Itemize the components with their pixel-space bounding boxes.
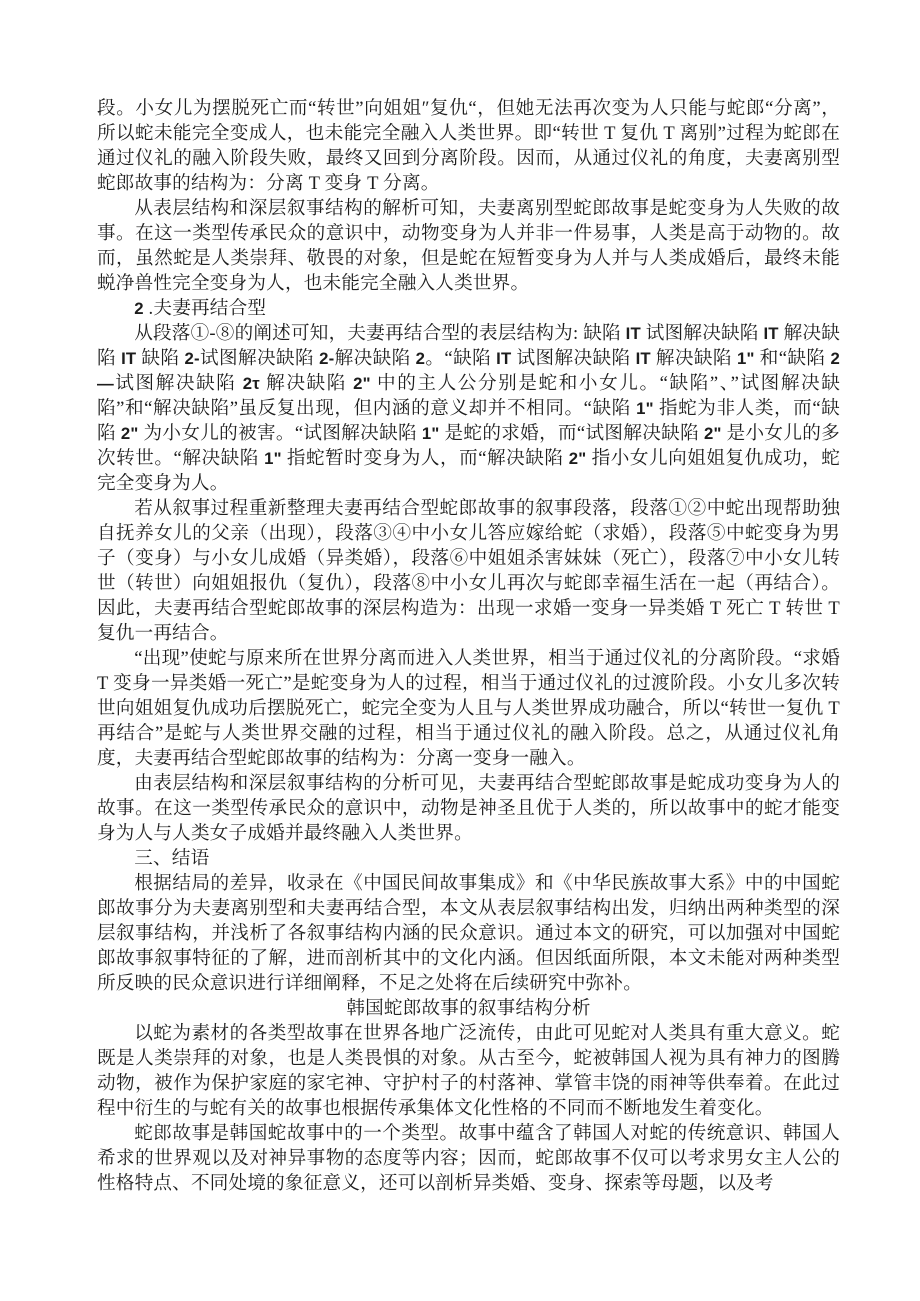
text-run: 若从叙事过程重新整理夫妻再结合型蛇郎故事的叙事段落，段落①②中蛇出现帮助独自抚养…	[97, 498, 840, 644]
bold-token: IT	[121, 349, 136, 368]
heading-section-2-reunion-type: 2 .夫妻再结合型	[97, 296, 840, 321]
para-rite-of-passage-analysis: “出现”使蛇与原来所在世界分离而进入人类世界，相当于通过仪礼的分离阶段。“求婚 …	[97, 646, 840, 771]
bold-token: IT	[763, 324, 778, 343]
text-run: 段。小女儿为摆脱死亡而“转世”向姐姐″复仇“，但她无法再次变为人只能与蛇郎“分离…	[97, 98, 840, 194]
text-run: 试图解决缺陷	[511, 348, 635, 369]
bold-token: 2-	[319, 349, 334, 368]
text-run: 解决缺陷	[260, 373, 353, 394]
text-run: 为小女儿的被害。“试图解决缺陷	[139, 423, 422, 444]
text-run: 由表层结构和深层叙事结构的分析可见，夫妻再结合型蛇郎故事是蛇成功变身为人的故事。…	[97, 773, 840, 844]
bold-token: 1"	[737, 349, 755, 368]
text-run: 指蛇暂时变身为人，而“解决缺陷	[282, 448, 569, 469]
text-run: 试图解决缺陷	[641, 323, 764, 344]
bold-token: 2"	[569, 449, 587, 468]
text-run: 从表层结构和深层叙事结构的解析可知，夫妻离别型蛇郎故事是蛇变身为人失败的故事。在…	[97, 198, 840, 294]
bold-token: 2"	[353, 374, 371, 393]
heading-section-3-conclusion: 三、结语	[97, 846, 840, 871]
text-run: 和“缺陷	[755, 348, 831, 369]
text-run: 以蛇为素材的各类型故事在世界各地广泛流传，由此可见蛇对人类具有重大意义。蛇既是人…	[97, 1023, 840, 1119]
bold-token: 1"	[264, 449, 282, 468]
bold-token: IT	[496, 349, 511, 368]
bold-token: 1"	[422, 424, 440, 443]
para-conclusion: 根据结局的差异，收录在《中国民间故事集成》和《中华民族故事大系》中的中国蛇郎故事…	[97, 871, 840, 996]
bold-token: IT	[636, 349, 651, 368]
bold-token: 2"	[121, 424, 139, 443]
text-run: 从段落①-⑧的阐述可知，夫妻再结合型的表层结构为: 缺陷	[134, 323, 625, 344]
para-reunion-surface-structure: 从段落①-⑧的阐述可知，夫妻再结合型的表层结构为: 缺陷 IT 试图解决缺陷 I…	[97, 321, 840, 496]
text-run: 解决缺陷	[651, 348, 737, 369]
text-run: 试图解决缺陷	[114, 373, 243, 394]
para-continuation-spouse-separation: 段。小女儿为摆脱死亡而“转世”向姐姐″复仇“，但她无法再次变为人只能与蛇郎“分离…	[97, 96, 840, 196]
text-run: 韩国蛇郎故事的叙事结构分析	[346, 998, 590, 1019]
para-korean-snake-worship-intro: 以蛇为素材的各类型故事在世界各地广泛流传，由此可见蛇对人类具有重大意义。蛇既是人…	[97, 1021, 840, 1121]
text-run: “出现”使蛇与原来所在世界分离而进入人类世界，相当于通过仪礼的分离阶段。“求婚 …	[97, 648, 840, 769]
para-korean-snake-groom-type: 蛇郎故事是韩国蛇故事中的一个类型。故事中蕴含了韩国人对蛇的传统意识、韩国人希求的…	[97, 1121, 840, 1196]
text-run: 根据结局的差异，收录在《中国民间故事集成》和《中华民族故事大系》中的中国蛇郎故事…	[97, 873, 840, 994]
bold-token: 1"	[636, 399, 654, 418]
para-separation-type-summary: 从表层结构和深层叙事结构的解析可知，夫妻离别型蛇郎故事是蛇变身为人失败的故事。在…	[97, 196, 840, 296]
bold-token: IT	[626, 324, 641, 343]
bold-token: 2τ	[243, 374, 260, 393]
text-run: 试图解决缺陷	[200, 348, 319, 369]
bold-token: 2	[134, 299, 144, 318]
heading-korean-snake-groom-title: 韩国蛇郎故事的叙事结构分析	[97, 996, 840, 1021]
text-run: .夫妻再结合型	[144, 298, 266, 319]
text-run: 蛇郎故事是韩国蛇故事中的一个类型。故事中蕴含了韩国人对蛇的传统意识、韩国人希求的…	[97, 1123, 840, 1194]
document-page: 段。小女儿为摆脱死亡而“转世”向姐姐″复仇“，但她无法再次变为人只能与蛇郎“分离…	[97, 96, 840, 1196]
text-run: 。“缺陷	[425, 348, 496, 369]
text-run: 三、结语	[134, 848, 209, 869]
para-reunion-deep-structure: 若从叙事过程重新整理夫妻再结合型蛇郎故事的叙事段落，段落①②中蛇出现帮助独自抚养…	[97, 496, 840, 646]
bold-token: 2-	[185, 349, 200, 368]
bold-token: 2"	[704, 424, 722, 443]
para-reunion-type-summary: 由表层结构和深层叙事结构的分析可见，夫妻再结合型蛇郎故事是蛇成功变身为人的故事。…	[97, 771, 840, 846]
text-run: 是蛇的求婚，而“试图解决缺陷	[440, 423, 704, 444]
text-run: 解决缺陷	[334, 348, 415, 369]
text-run: 缺陷	[136, 348, 184, 369]
bold-token: 2	[416, 349, 426, 368]
